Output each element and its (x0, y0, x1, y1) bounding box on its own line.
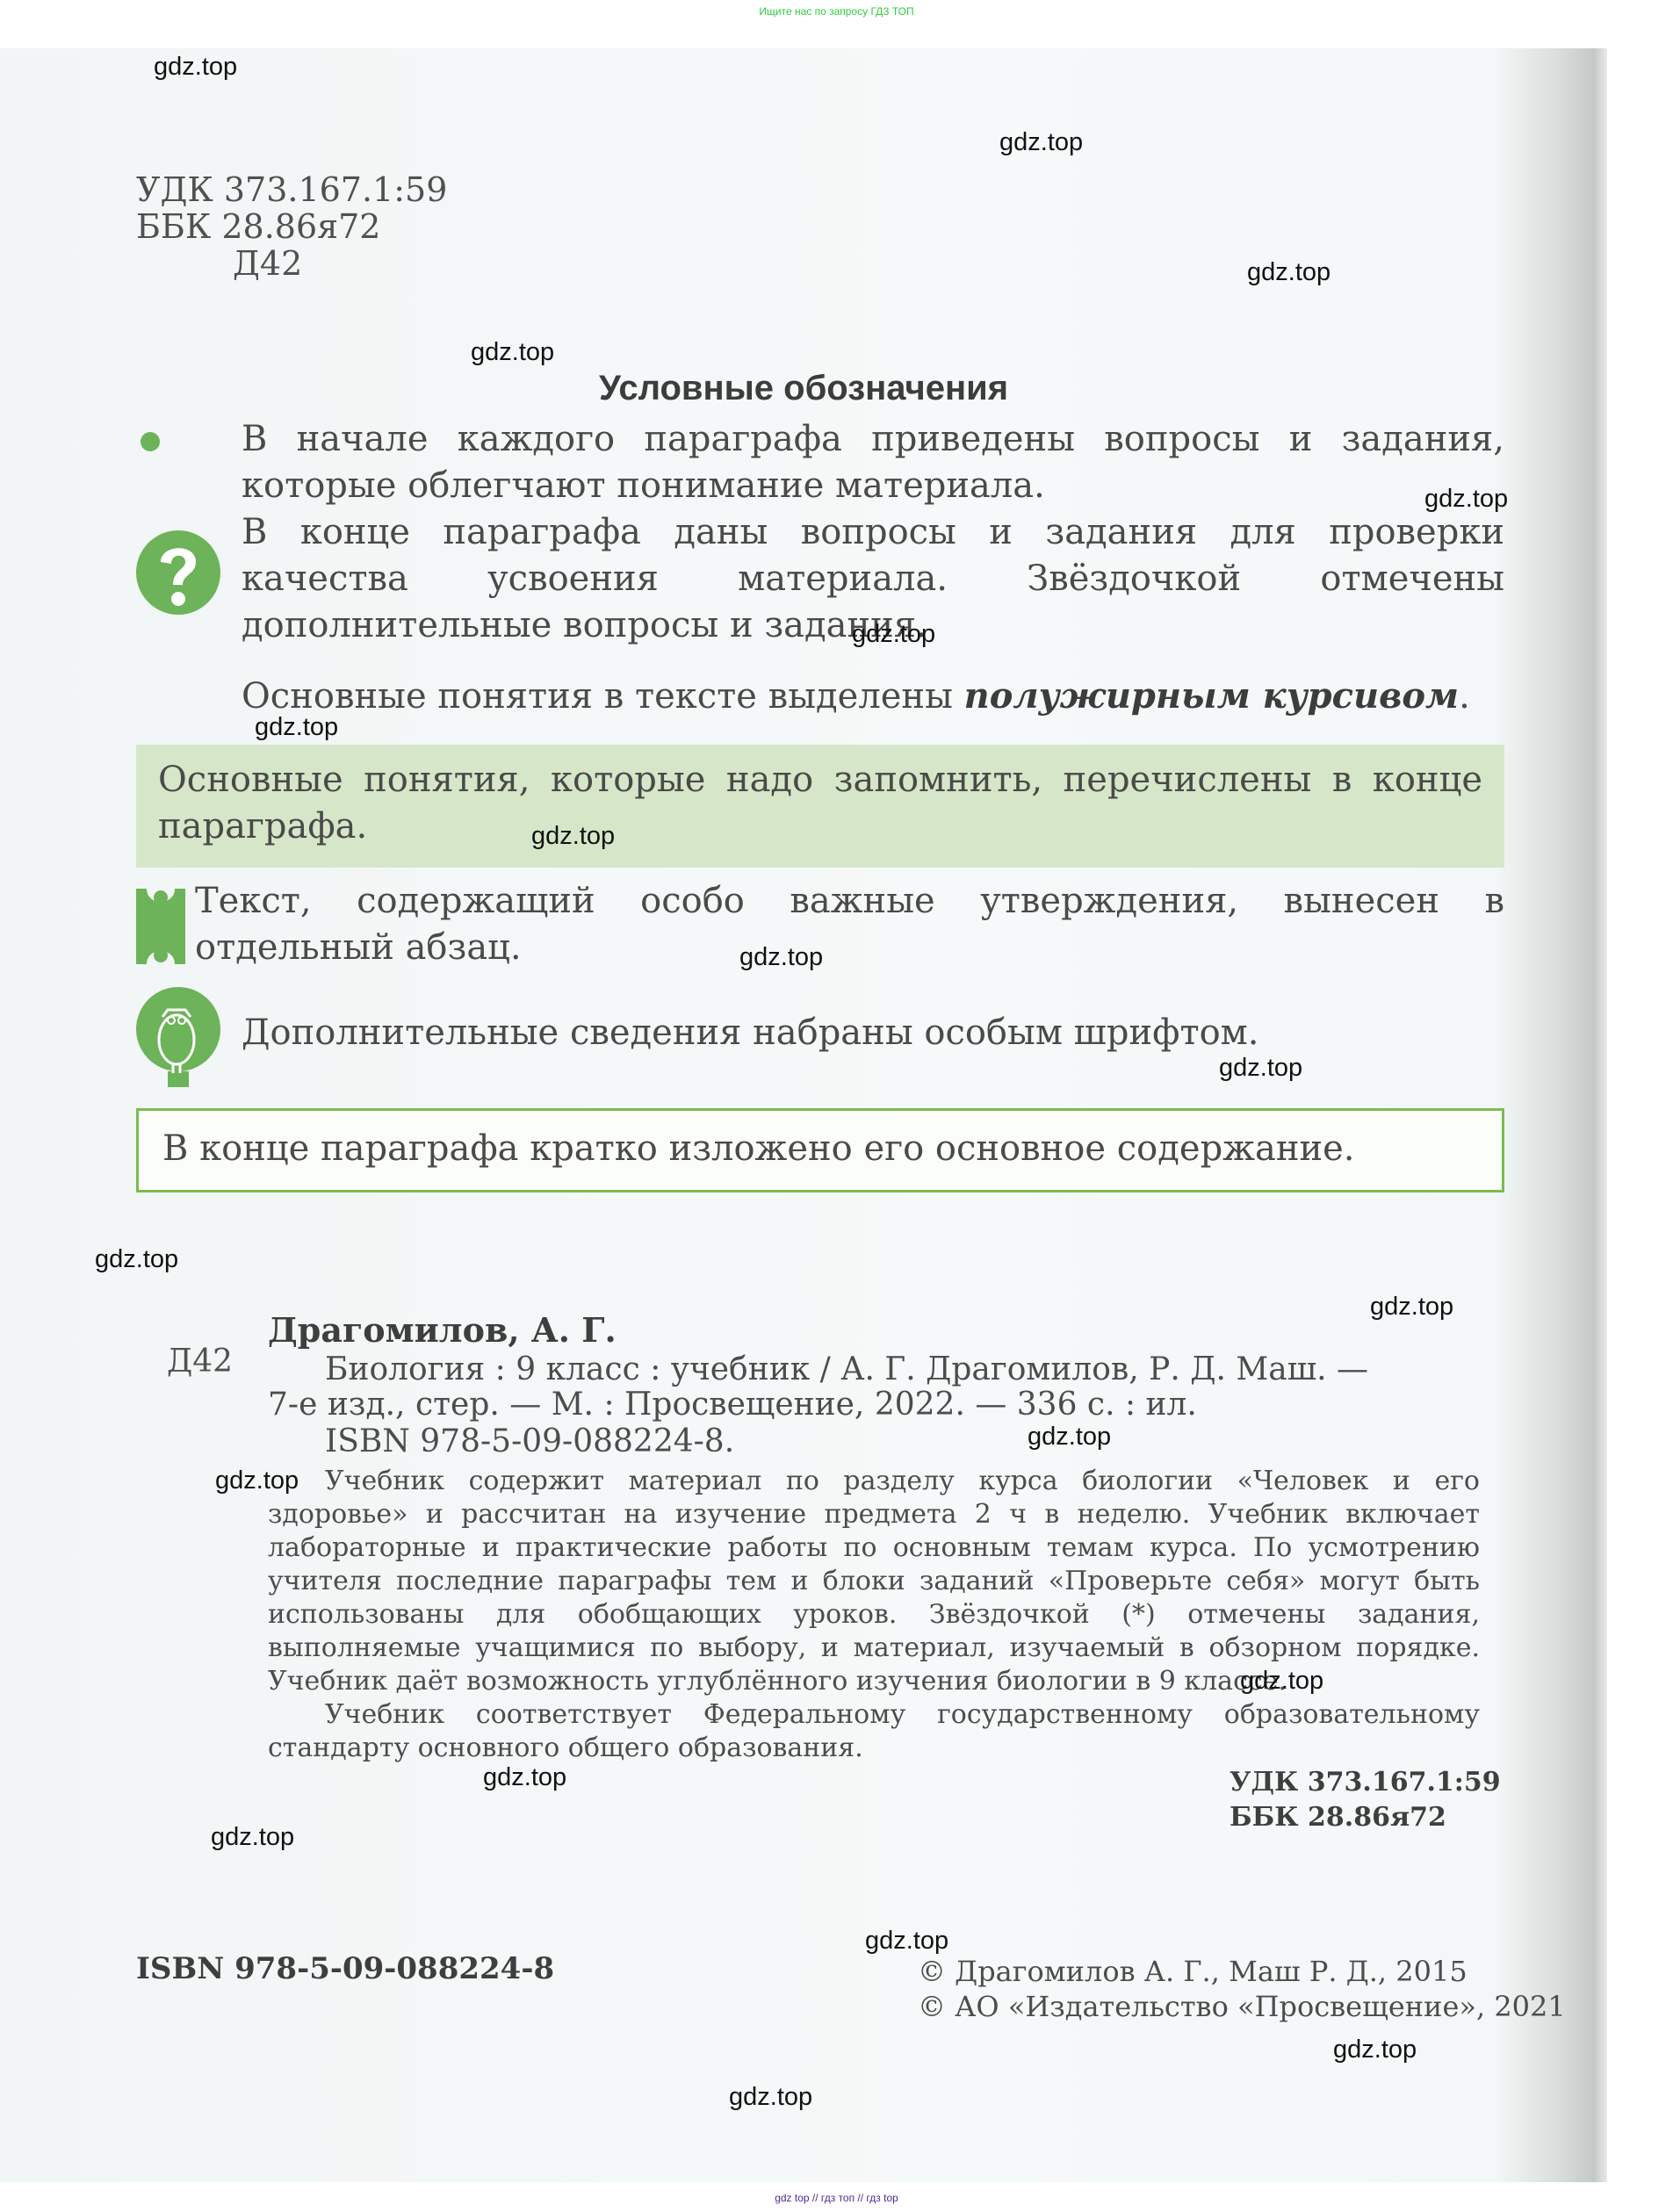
legend-title: Условные обозначения (0, 369, 1607, 408)
watermark: gdz.top (729, 2083, 812, 2112)
watermark: gdz.top (999, 128, 1083, 157)
udk-right: УДК 373.167.1:59 (1230, 1765, 1501, 1800)
bib-author: Драгомилов, А. Г. (268, 1310, 617, 1350)
bottom-banner[interactable]: gdz top // гдз топ // гдз top (0, 2192, 1673, 2204)
watermark: gdz.top (211, 1823, 294, 1852)
key-concepts-box: Основные понятия, которые надо запомнить… (136, 745, 1504, 868)
watermark: gdz.top (852, 620, 935, 649)
watermark: gdz.top (1219, 1054, 1302, 1083)
watermark: gdz.top (531, 822, 615, 851)
watermark: gdz.top (1028, 1423, 1111, 1452)
legend-item-emphasis: Основные понятия в тексте выделены полуж… (242, 673, 1504, 720)
copyright-publisher: © АО «Издательство «Просвещение», 2021 (918, 1989, 1566, 2024)
bib-line-2: 7-е изд., стер. — М. : Просвещение, 2022… (268, 1387, 1480, 1423)
watermark: gdz.top (154, 53, 237, 82)
watermark: gdz.top (1424, 485, 1508, 514)
bbk-right: ББК 28.86я72 (1230, 1800, 1501, 1835)
question-mark-icon (134, 529, 222, 616)
watermark: gdz.top (739, 943, 823, 972)
watermark: gdz.top (1247, 258, 1330, 287)
legend-item-additional: Дополнительные сведения набраны особым ш… (242, 1010, 1504, 1056)
watermark: gdz.top (1333, 2035, 1417, 2064)
watermark: gdz.top (215, 1466, 299, 1495)
legend-item-important: Текст, содержащий особо важные утвержден… (195, 878, 1504, 971)
legend-item-questions-start: В начале каждого параграфа приведены воп… (242, 416, 1504, 509)
bullet-dot-icon (141, 432, 160, 451)
watermark: gdz.top (483, 1763, 566, 1792)
isbn-footer: ISBN 978-5-09-088224-8 (136, 1951, 554, 1986)
key-concepts-text: Основные понятия, которые надо запомнить… (158, 757, 1482, 850)
annotation: Учебник содержит материал по разделу кур… (268, 1465, 1480, 1765)
udk-code: УДК 373.167.1:59 (136, 171, 447, 208)
watermark: gdz.top (95, 1245, 178, 1274)
owl-icon (134, 985, 222, 1089)
watermark: gdz.top (471, 338, 554, 367)
author-code: Д42 (136, 245, 447, 282)
bbk-code: ББК 28.86я72 (136, 208, 447, 245)
summary-text: В конце параграфа кратко изложено его ос… (162, 1127, 1355, 1171)
summary-box: В конце параграфа кратко изложено его ос… (136, 1108, 1504, 1192)
udk-bbk-right: УДК 373.167.1:59 ББК 28.86я72 (1230, 1765, 1501, 1835)
emphasis-text: Основные понятия в тексте выделены (242, 676, 964, 717)
watermark: gdz.top (865, 1927, 948, 1956)
annotation-paragraph-2: Учебник соответствует Федеральному госуд… (268, 1698, 1480, 1765)
watermark: gdz.top (1240, 1667, 1323, 1696)
watermark: gdz.top (255, 713, 338, 742)
top-banner[interactable]: Ищите нас по запросу ГДЗ ТОП (0, 5, 1673, 18)
copyright-block: © Драгомилов А. Г., Маш Р. Д., 2015 © АО… (918, 1954, 1566, 2024)
classification-codes: УДК 373.167.1:59 ББК 28.86я72 Д42 (136, 171, 447, 282)
bib-isbn: ISBN 978-5-09-088224-8. (325, 1424, 1537, 1459)
emphasis-example: полужирным курсивом (964, 675, 1459, 717)
emphasis-period: . (1459, 676, 1470, 717)
watermark: gdz.top (1370, 1293, 1453, 1322)
copyright-authors: © Драгомилов А. Г., Маш Р. Д., 2015 (918, 1954, 1566, 1989)
important-text-icon (134, 887, 187, 966)
bib-line-1: Биология : 9 класс : учебник / А. Г. Дра… (325, 1352, 1484, 1387)
annotation-paragraph-1: Учебник содержит материал по разделу кур… (268, 1465, 1480, 1698)
bib-code: Д42 (167, 1344, 233, 1380)
